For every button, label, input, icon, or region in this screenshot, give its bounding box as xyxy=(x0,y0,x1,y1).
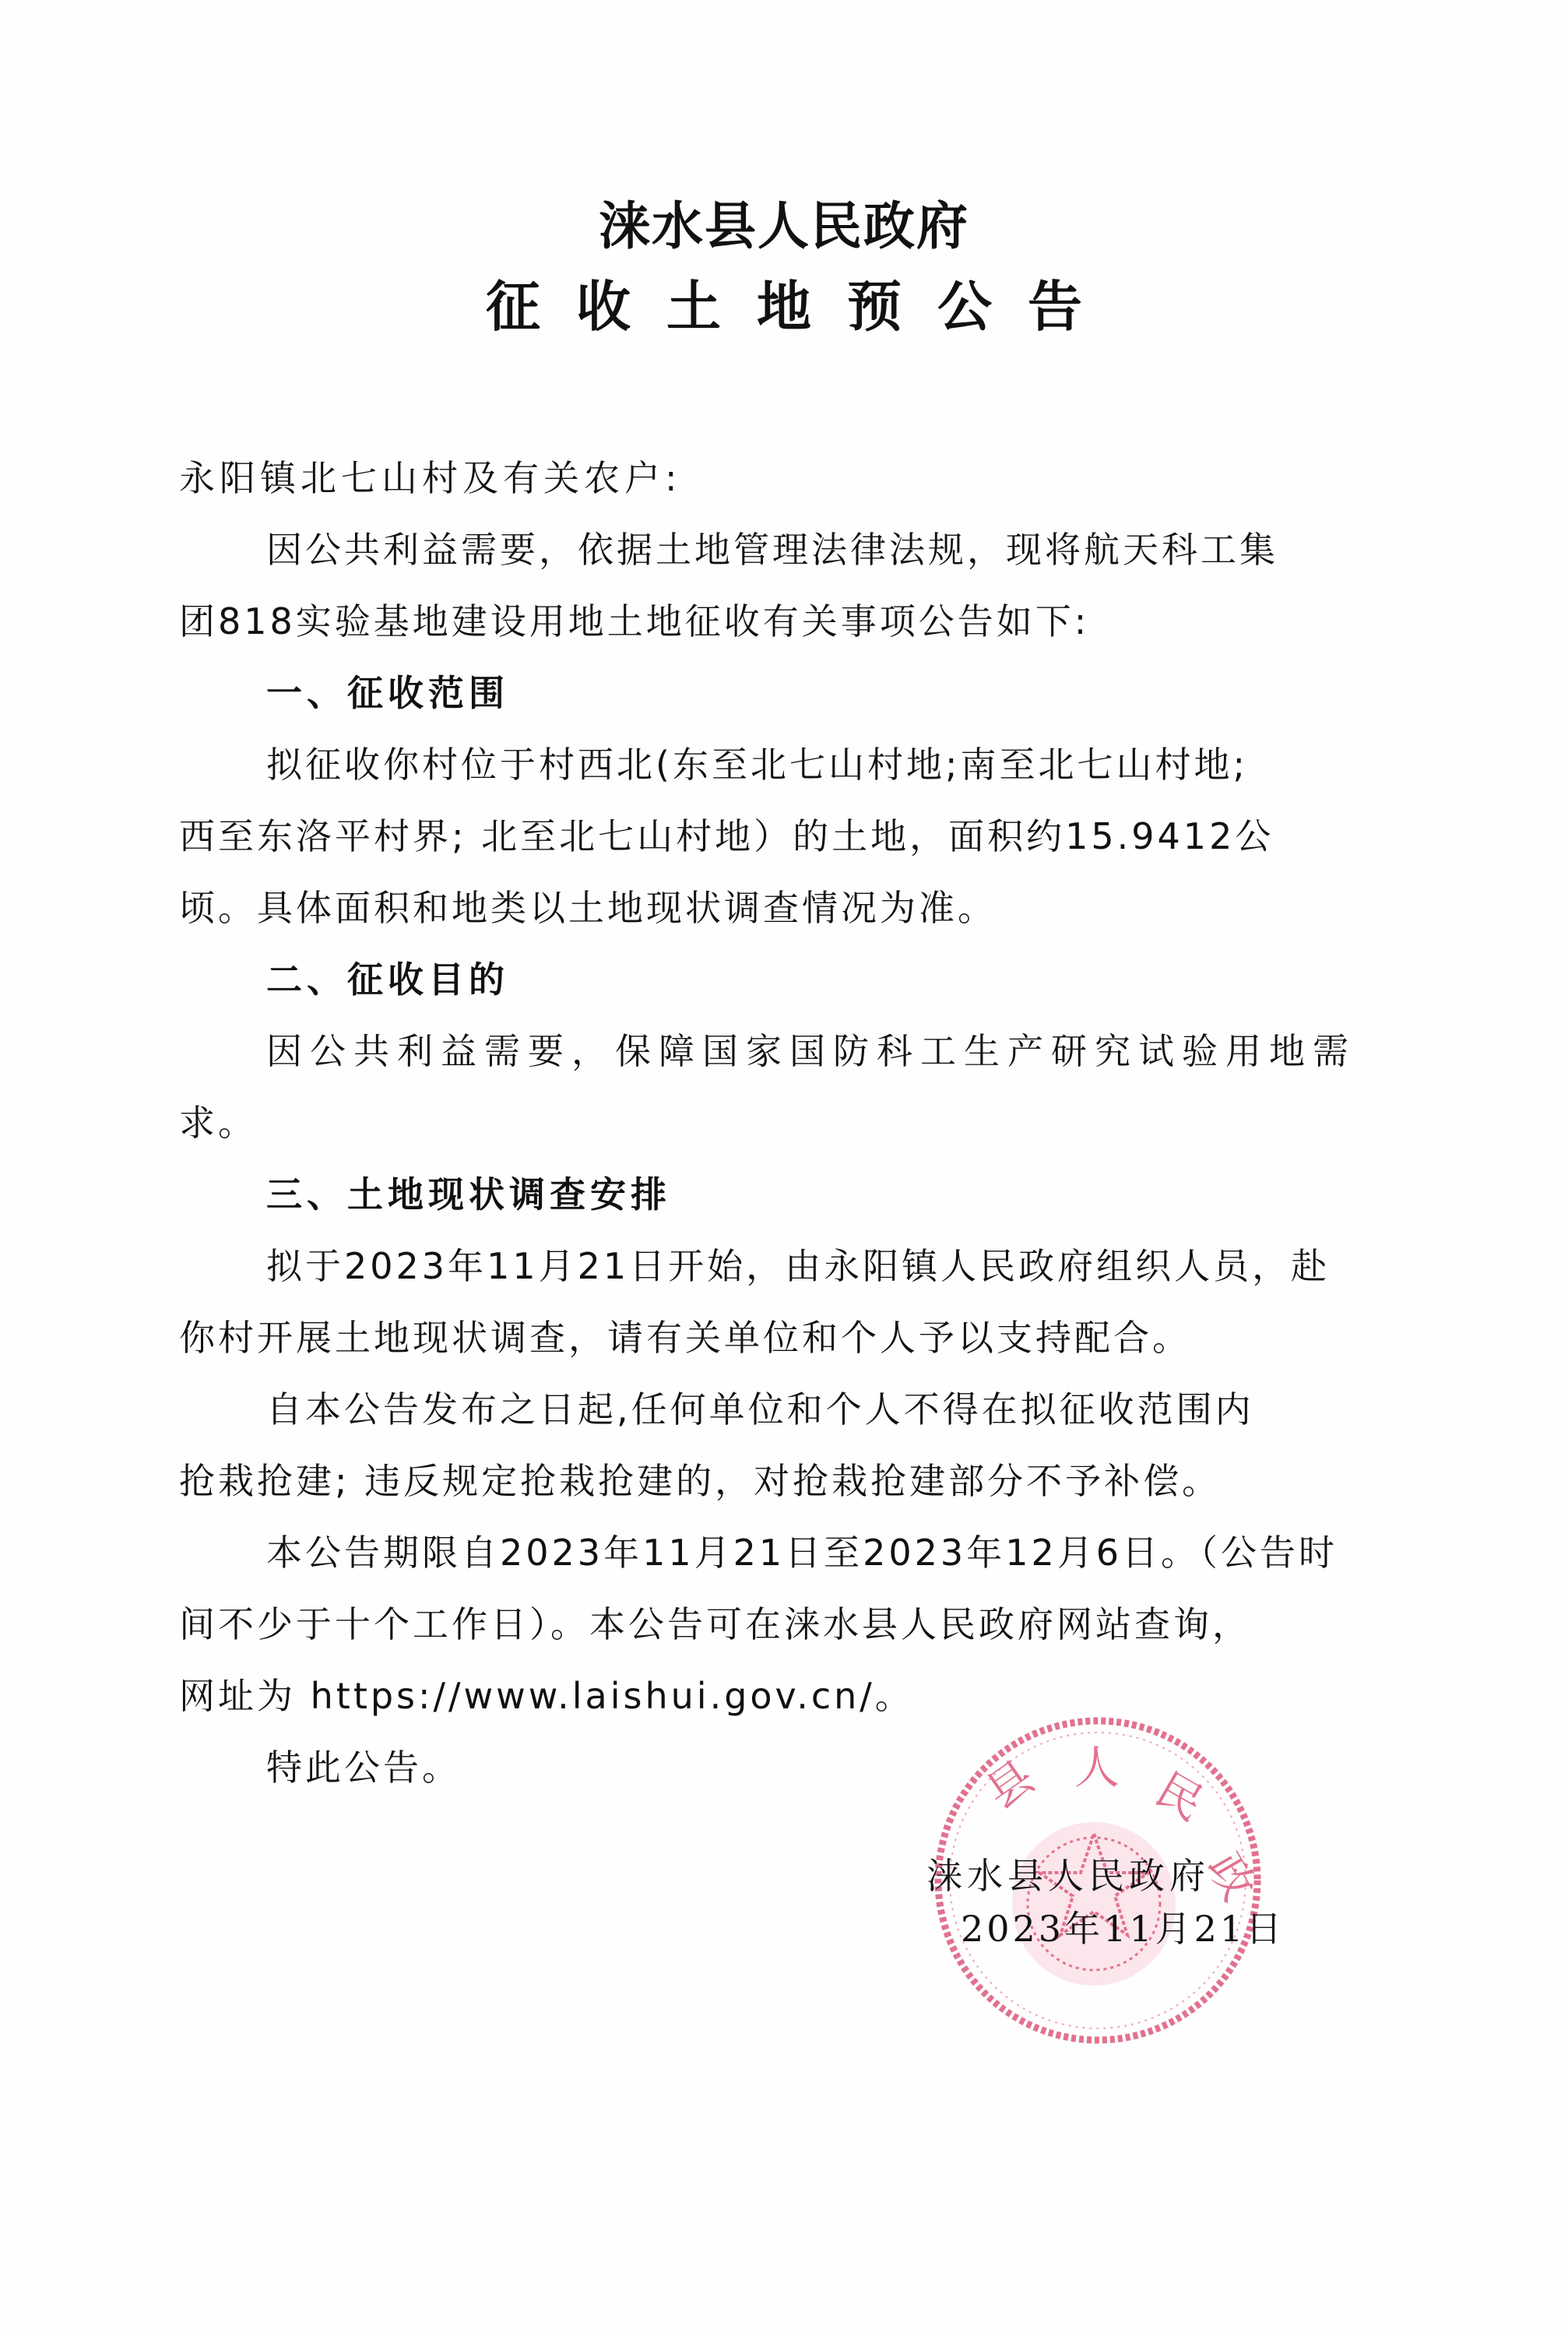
svg-text:民: 民 xyxy=(1147,1762,1212,1831)
document-title: 涞水县人民政府 征收土地预公告 xyxy=(0,195,1568,346)
document-page: 涞水县人民政府 征收土地预公告 永阳镇北七山村及有关农户: 因公共利益需要，依据… xyxy=(0,0,1568,2336)
paragraph-line: 抢栽抢建; 违反规定抢栽抢建的，对抢栽抢建部分不予补偿。 xyxy=(179,1458,1394,1529)
signing-date: 2023年11月21日 xyxy=(926,1902,1331,1955)
paragraph-line: 拟征收你村位于村西北(东至北七山村地;南至北七山村地; xyxy=(179,741,1394,813)
notice-title: 征收土地预公告 xyxy=(36,268,1568,346)
paragraph-line: 因公共利益需要，保障国家国防科工生产研究试验用地需 xyxy=(179,1028,1394,1099)
paragraph-line: 西至东洛平村界; 北至北七山村地）的土地，面积约15.9412公 xyxy=(179,813,1394,885)
section-heading-purpose: 二、征收目的 xyxy=(179,956,1394,1028)
paragraph-line: 本公告期限自2023年11月21日至2023年12月6日。（公告时 xyxy=(179,1529,1394,1601)
section-heading-survey: 三、土地现状调查安排 xyxy=(179,1171,1394,1243)
signing-organization: 涞水县人民政府 xyxy=(926,1849,1331,1902)
document-body: 永阳镇北七山村及有关农户: 因公共利益需要，依据土地管理法律法规，现将航天科工集… xyxy=(179,455,1394,1816)
intro-line: 因公共利益需要，依据土地管理法律法规，现将航天科工集 xyxy=(179,526,1394,598)
paragraph-line: 求。 xyxy=(179,1099,1394,1171)
section-heading-scope: 一、征收范围 xyxy=(179,670,1394,741)
intro-line: 团818实验基地建设用地土地征收有关事项公告如下: xyxy=(179,598,1394,670)
svg-text:人: 人 xyxy=(1074,1741,1120,1794)
paragraph-line: 间不少于十个工作日）。本公告可在涞水县人民政府网站查询， xyxy=(179,1601,1394,1673)
paragraph-line: 你村开展土地现状调查，请有关单位和个人予以支持配合。 xyxy=(179,1314,1394,1386)
signature-block: 涞水县人民政府 2023年11月21日 xyxy=(926,1849,1331,1955)
issuing-authority-title: 涞水县人民政府 xyxy=(0,195,1568,257)
salutation: 永阳镇北七山村及有关农户: xyxy=(179,455,1394,526)
svg-text:县: 县 xyxy=(976,1750,1044,1819)
paragraph-line: 自本公告发布之日起,任何单位和个人不得在拟征收范围内 xyxy=(179,1386,1394,1458)
paragraph-line: 顷。具体面积和地类以土地现状调查情况为准。 xyxy=(179,885,1394,956)
paragraph-line: 拟于2023年11月21日开始，由永阳镇人民政府组织人员，赴 xyxy=(179,1243,1394,1314)
